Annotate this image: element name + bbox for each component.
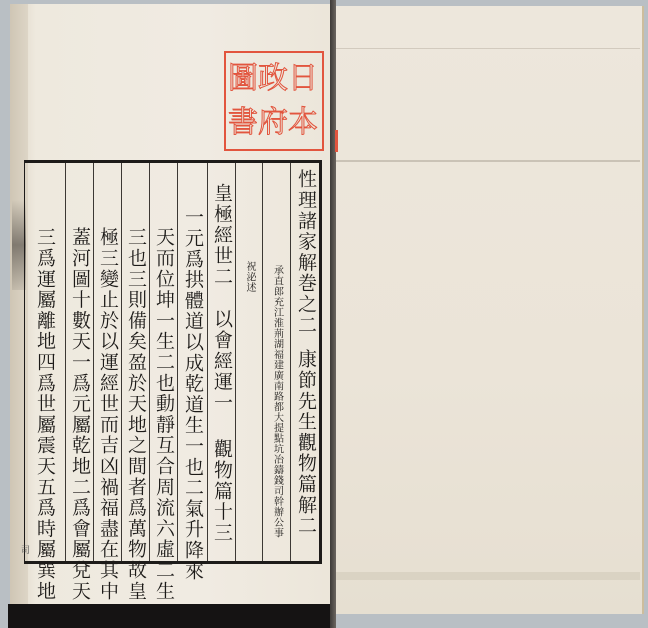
body-column: 蓋河圖十數天一爲元屬乾地二爲會屬兌天 <box>65 163 93 561</box>
body-text: 一元爲拱體道以成乾道生一也二氣升降來 <box>183 207 202 581</box>
text-columns: 性理諸家解巻之二 康節先生觀物篇解二 承直郎充江淮荊湖福建廣南路都大提點坑冶鑄錢… <box>24 163 320 561</box>
seal-char: 本 <box>288 101 318 145</box>
body-column: 三爲運屬離地四爲世屬震天五爲時屬巽地 <box>24 163 65 561</box>
column-author: 祝泌述 <box>235 163 262 561</box>
right-page-blank <box>334 6 644 614</box>
book-title: 性理諸家解巻之二 <box>296 169 315 335</box>
chapter-title: 康節先生觀物篇解二 <box>296 349 315 536</box>
seal-char: 書 <box>228 101 258 145</box>
author-name: 祝泌述 <box>244 261 254 293</box>
body-text: 極三變止於以運經世而吉凶禍福盡在其中 <box>98 227 117 601</box>
body-column: 天而位坤一生二也動靜互合周流六虛二生 <box>149 163 177 561</box>
seal-char: 政 <box>258 57 288 101</box>
seal-overflow-mark <box>335 130 338 152</box>
body-column: 一元爲拱體道以成乾道生一也二氣升降來 <box>177 163 207 561</box>
author-office: 承直郎充江淮荊湖福建廣南路都大提點坑冶鑄錢司幹辦公事 <box>272 265 282 538</box>
open-book: 日 本 政 府 圖 書 性理諸家解巻之二 康節先生觀物篇解二 承直郎充江淮荊湖福… <box>0 0 648 628</box>
body-text: 天而位坤一生二也動靜互合周流六虛二生 <box>154 227 173 601</box>
section-number: 觀物篇十三 <box>212 439 231 543</box>
column-official-title: 承直郎充江淮荊湖福建廣南路都大提點坑冶鑄錢司幹辦公事 <box>262 163 290 561</box>
paper-fold-line <box>334 572 640 580</box>
column-heading: 皇極經世二 以會經運一 觀物篇十三 <box>207 163 235 561</box>
seal-char: 日 <box>288 57 318 101</box>
body-column: 極三變止於以運經世而吉凶禍福盡在其中 <box>93 163 121 561</box>
library-seal-stamp: 日 本 政 府 圖 書 <box>224 51 324 151</box>
body-text: 三爲運屬離地四爲世屬震天五爲時屬巽地 <box>35 227 54 601</box>
column-title: 性理諸家解巻之二 康節先生觀物篇解二 <box>290 163 320 561</box>
body-column: 三也三則備矣盈於天地之間者爲萬物故皇 <box>121 163 149 561</box>
section-subheading: 以會經運一 <box>212 309 231 413</box>
section-heading: 皇極經世二 <box>212 183 231 287</box>
seal-char: 圖 <box>228 57 258 101</box>
body-text: 三也三則備矣盈於天地之間者爲萬物故皇 <box>126 227 145 601</box>
paper-fold-line <box>334 48 640 49</box>
block-edge-mark: 司 <box>18 545 31 554</box>
paper-fold-line <box>334 160 640 162</box>
body-text: 蓋河圖十數天一爲元屬乾地二爲會屬兌天 <box>70 227 89 601</box>
cover-shadow <box>8 604 336 628</box>
book-gutter <box>330 0 336 628</box>
seal-char: 府 <box>258 101 288 145</box>
